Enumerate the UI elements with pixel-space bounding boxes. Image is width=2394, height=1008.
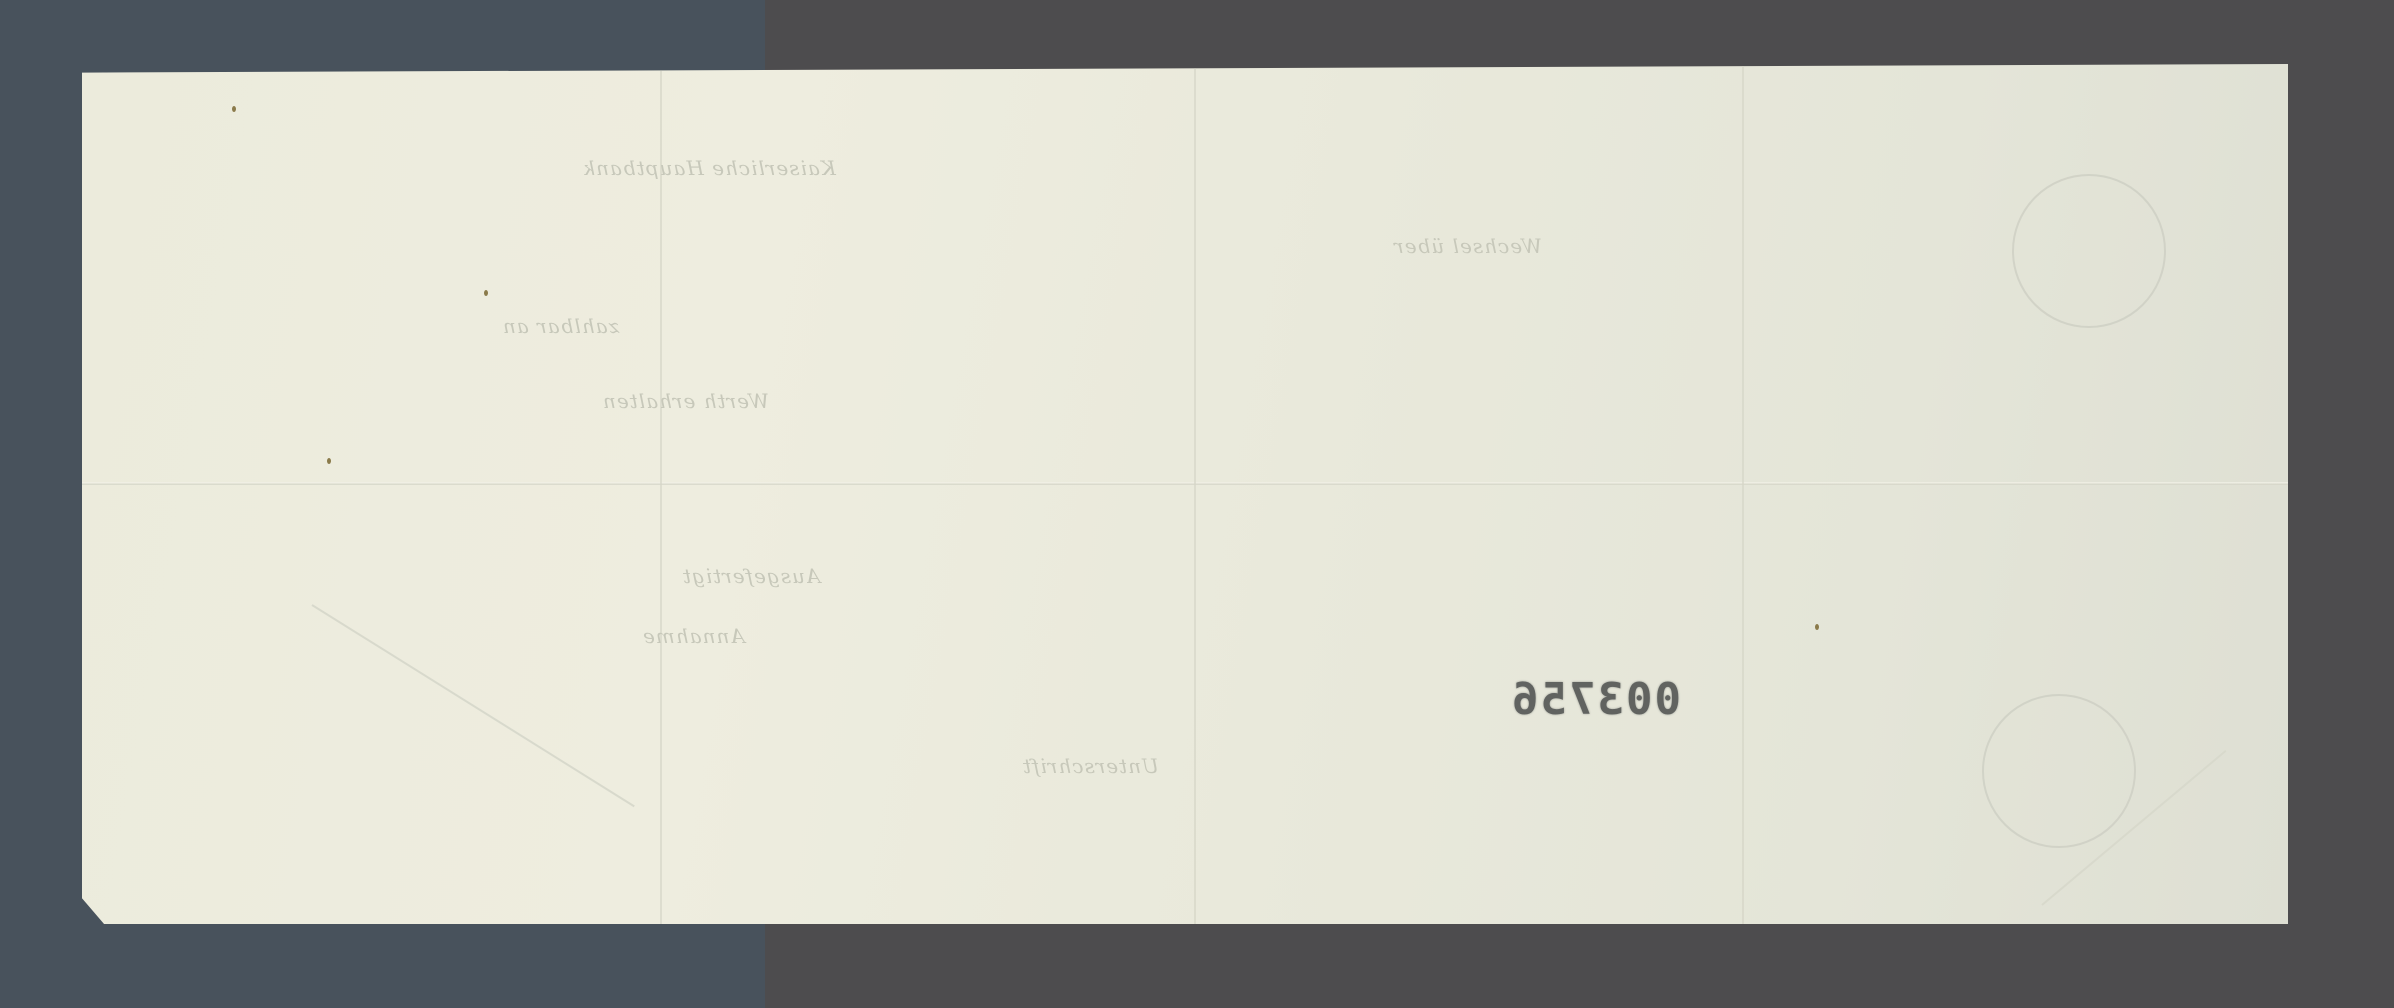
- foxing-spot: [327, 458, 331, 464]
- show-through-text: Wechsel über: [442, 234, 1542, 248]
- crease: [311, 604, 634, 807]
- document-paper: Kaiserliche Hauptbank Wechsel über zahlb…: [82, 64, 2288, 924]
- foxing-spot: [484, 290, 488, 296]
- vertical-fold: [1194, 64, 1196, 924]
- serial-number-stamp: 003756: [1510, 674, 1681, 725]
- foxing-spot: [232, 106, 236, 112]
- show-through-text: Unterschrift: [1022, 754, 1159, 768]
- show-through-text: Kaiserliche Hauptbank: [582, 156, 836, 170]
- show-through-text: Werth erhalten: [602, 389, 769, 403]
- show-through-text: zahlbar an: [502, 314, 619, 328]
- show-through-text: Annahme: [642, 624, 745, 638]
- foxing-spot: [1815, 624, 1819, 630]
- vertical-fold: [1742, 64, 1744, 924]
- horizontal-fold: [82, 482, 2288, 485]
- show-through-text: Ausgefertigt: [682, 564, 820, 578]
- vertical-fold: [660, 64, 662, 924]
- stamp-show-through: [1982, 694, 2136, 848]
- stamp-show-through: [2012, 174, 2166, 328]
